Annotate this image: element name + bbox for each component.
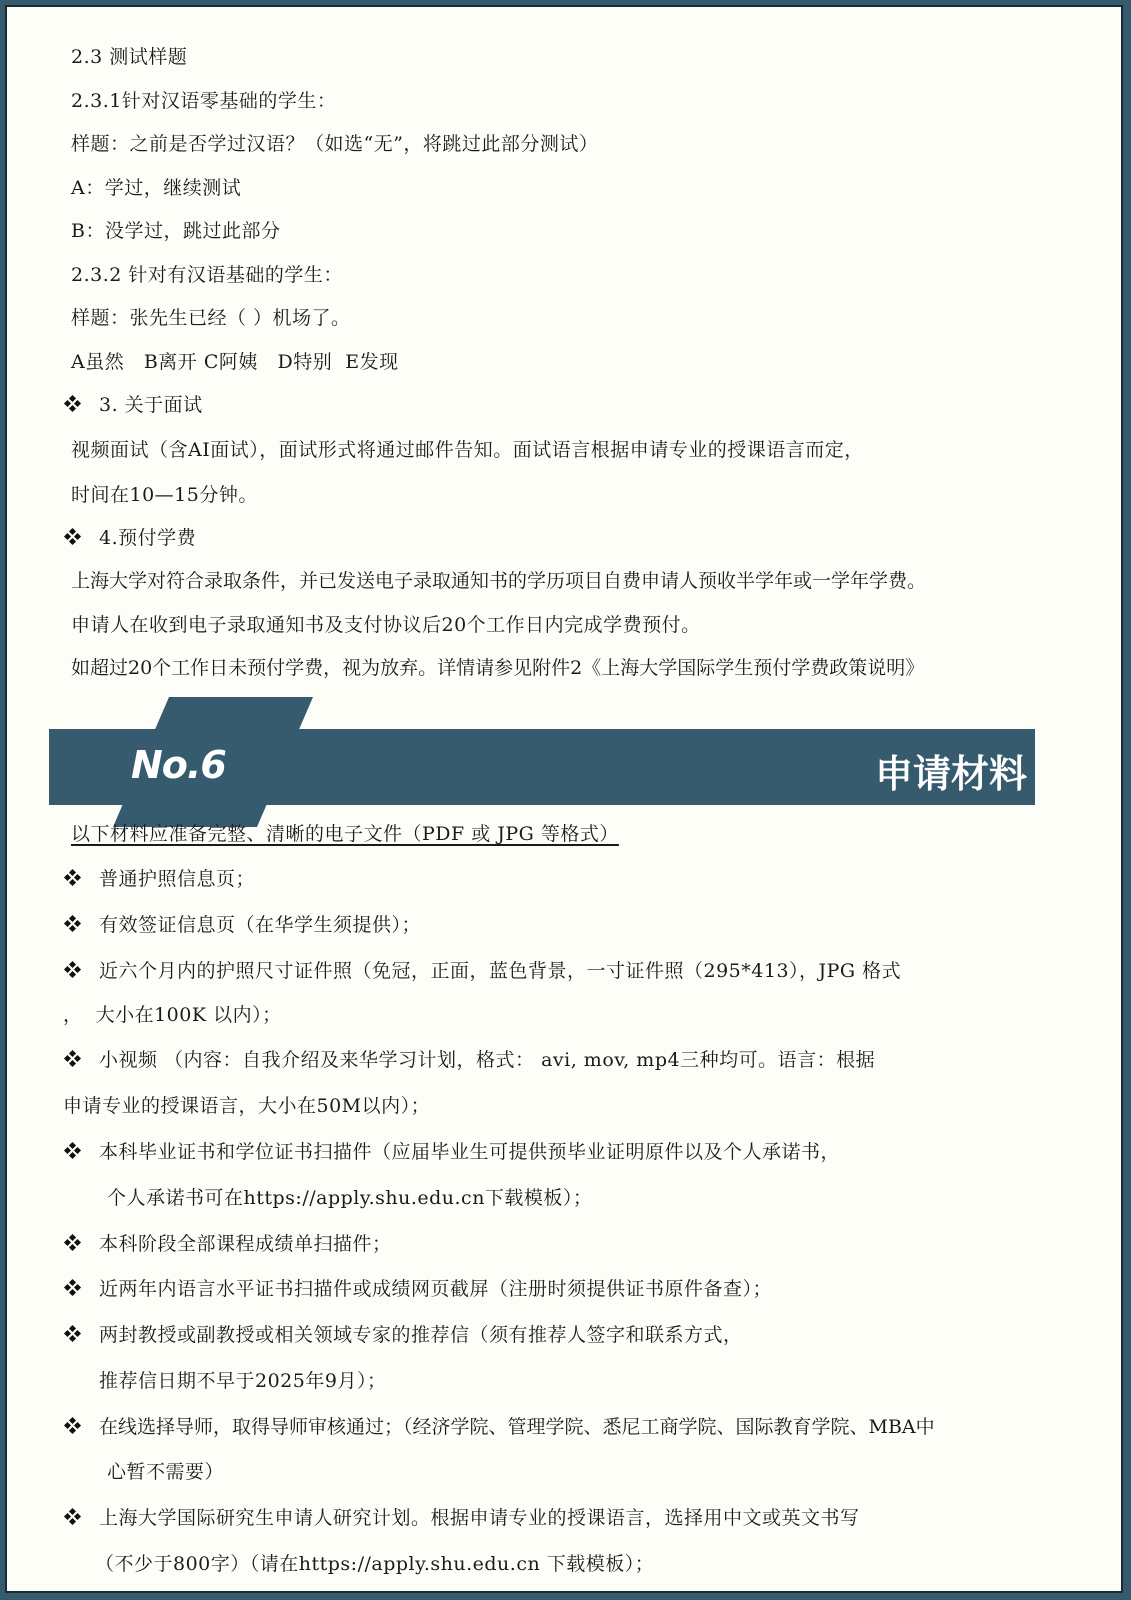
material-item-text: 上海大学国际研究生申请人研究计划。根据申请专业的授课语言，选择用中文或英文书写 <box>99 1507 860 1529</box>
materials-intro: 以下材料应准备完整、清晰的电子文件（PDF 或 JPG 等格式） <box>71 822 619 846</box>
material-item-continuation: ， 大小在100K 以内）； <box>63 1003 282 1027</box>
diamond-bullet-icon <box>63 1278 83 1298</box>
diamond-bullet-icon <box>63 1233 83 1253</box>
material-item: 本科阶段全部课程成绩单扫描件； <box>63 1232 392 1256</box>
sub2-question: 样题：张先生已经（ ）机场了。 <box>71 306 351 330</box>
sub1-question: 样题：之前是否学过汉语？（如选“无”，将跳过此部分测试） <box>71 132 598 156</box>
diamond-bullet-icon <box>63 1049 83 1069</box>
material-item-text: 本科阶段全部课程成绩单扫描件； <box>99 1233 392 1255</box>
diamond-bullet-icon <box>63 394 83 414</box>
material-item-continuation: （不少于800字）（请在https://apply.shu.edu.cn 下载模… <box>95 1552 654 1576</box>
diamond-bullet-icon <box>63 868 83 888</box>
diamond-bullet-icon <box>63 1141 83 1161</box>
material-item: 两封教授或副教授或相关领域专家的推荐信（须有推荐人签字和联系方式， <box>63 1323 743 1347</box>
material-item-continuation: 申请专业的授课语言，大小在50M以内）； <box>63 1094 430 1118</box>
material-item: 小视频 （内容：自我介绍及来华学习计划，格式： avi, mov, mp4三种均… <box>63 1048 875 1072</box>
material-item-text: 近六个月内的护照尺寸证件照（免冠，正面，蓝色背景，一寸证件照（295*413），… <box>99 960 901 982</box>
material-item: 在线选择导师，取得导师审核通过；（经济学院、管理学院、悉尼工商学院、国际教育学院… <box>63 1415 935 1439</box>
section-3-heading: 3. 关于面试 <box>99 394 203 416</box>
section-4-heading: 4.预付学费 <box>99 527 196 549</box>
material-item-text: 普通护照信息页； <box>99 868 255 890</box>
document-page: 2.3 测试样题 2.3.1针对汉语零基础的学生： 样题：之前是否学过汉语？（如… <box>5 5 1123 1593</box>
sub2-heading: 2.3.2 针对有汉语基础的学生： <box>71 263 343 287</box>
material-item: 近六个月内的护照尺寸证件照（免冠，正面，蓝色背景，一寸证件照（295*413），… <box>63 959 901 983</box>
sub2-options: A虽然 B离开 C阿姨 D特别 E发现 <box>71 350 399 374</box>
diamond-bullet-icon <box>63 1416 83 1436</box>
section-banner: No.6 申请材料 <box>43 697 1053 827</box>
section-3-line-1: 视频面试（含AI面试），面试形式将通过邮件告知。面试语言根据申请专业的授课语言而… <box>71 438 864 462</box>
section-4-line-3: 如超过20个工作日未预付学费，视为放弃。详情请参见附件2《上海大学国际学生预付学… <box>71 656 924 680</box>
section-2-3-heading: 2.3 测试样题 <box>71 45 187 69</box>
diamond-bullet-icon <box>63 960 83 980</box>
sub1-option-b: B：没学过，跳过此部分 <box>71 219 280 243</box>
material-item: 普通护照信息页； <box>63 867 255 891</box>
material-item-text: 本科毕业证书和学位证书扫描件（应届毕业生可提供预毕业证明原件以及个人承诺书， <box>99 1141 840 1163</box>
material-item-text: 在线选择导师，取得导师审核通过；（经济学院、管理学院、悉尼工商学院、国际教育学院… <box>99 1416 935 1438</box>
material-item: 本科毕业证书和学位证书扫描件（应届毕业生可提供预毕业证明原件以及个人承诺书， <box>63 1140 840 1164</box>
material-item-continuation: 心暂不需要） <box>107 1460 224 1484</box>
diamond-bullet-icon <box>63 1324 83 1344</box>
material-item-continuation: 推荐信日期不早于2025年9月）； <box>99 1369 386 1393</box>
diamond-bullet-icon <box>63 527 83 547</box>
material-item-text: 有效签证信息页（在华学生须提供）； <box>99 914 421 936</box>
section-3-line-2: 时间在10—15分钟。 <box>71 483 258 507</box>
section-3-heading-row: 3. 关于面试 <box>63 393 203 417</box>
banner-number: No.6 <box>131 743 226 787</box>
section-4-line-1: 上海大学对符合录取条件，并已发送电子录取通知书的学历项目自费申请人预收半学年或一… <box>71 569 926 593</box>
material-item: 上海大学国际研究生申请人研究计划。根据申请专业的授课语言，选择用中文或英文书写 <box>63 1506 860 1530</box>
material-item-text: 两封教授或副教授或相关领域专家的推荐信（须有推荐人签字和联系方式， <box>99 1324 743 1346</box>
section-4-heading-row: 4.预付学费 <box>63 526 196 550</box>
material-item-continuation: 个人承诺书可在https://apply.shu.edu.cn下载模板）； <box>107 1186 592 1210</box>
section-4-line-2: 申请人在收到电子录取通知书及支付协议后20个工作日内完成学费预付。 <box>71 613 701 637</box>
material-item-text: 小视频 （内容：自我介绍及来华学习计划，格式： avi, mov, mp4三种均… <box>99 1049 875 1071</box>
sub1-heading: 2.3.1针对汉语零基础的学生： <box>71 89 336 113</box>
diamond-bullet-icon <box>63 914 83 934</box>
diamond-bullet-icon <box>63 1507 83 1527</box>
material-item: 有效签证信息页（在华学生须提供）； <box>63 913 421 937</box>
material-item: 近两年内语言水平证书扫描件或成绩网页截屏（注册时须提供证书原件备查）； <box>63 1277 772 1301</box>
sub1-option-a: A：学过，继续测试 <box>71 176 241 200</box>
material-item-text: 近两年内语言水平证书扫描件或成绩网页截屏（注册时须提供证书原件备查）； <box>99 1278 772 1300</box>
banner-title: 申请材料 <box>875 743 1027 798</box>
